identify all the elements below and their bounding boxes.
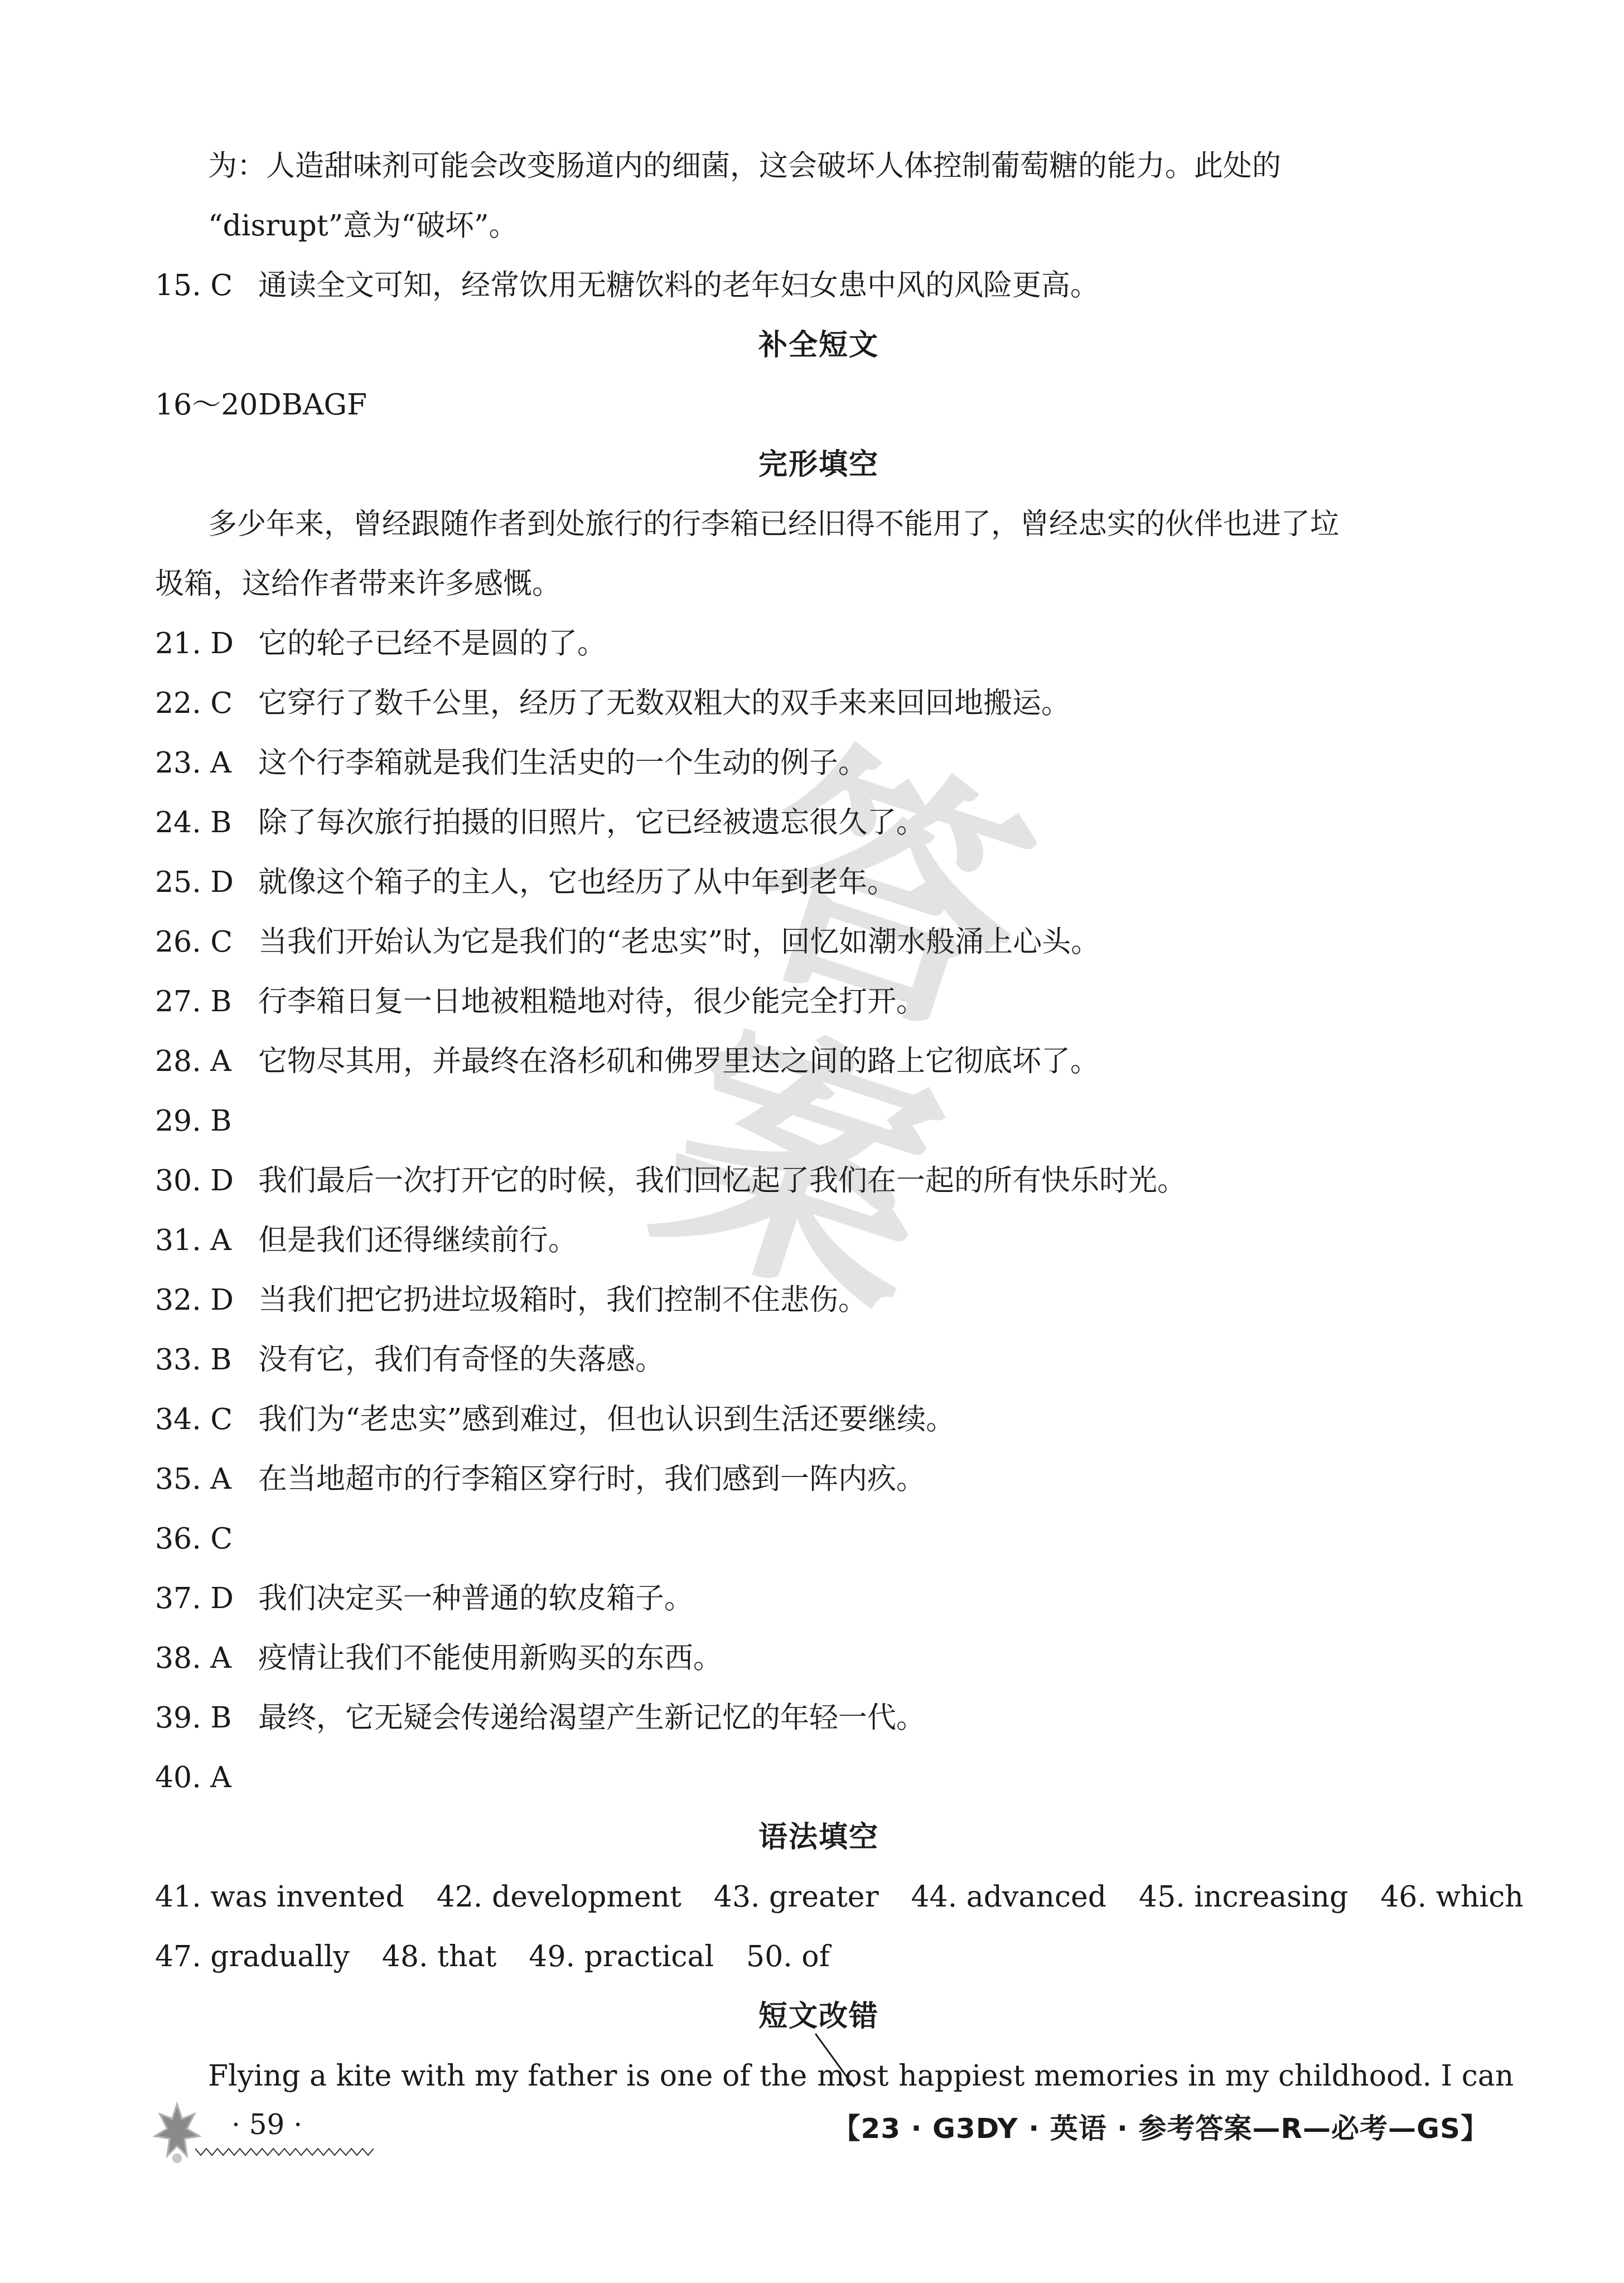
section-title-fill-passage: 补全短文: [155, 316, 1482, 375]
intro-continuation-line-2: “disrupt”意为“破坏”。: [155, 196, 1482, 256]
answer-item-15: 15. C通读全文可知，经常饮用无糖饮料的老年妇女患中风的风险更高。: [155, 256, 1482, 316]
deleted-word-mark: most: [817, 2047, 888, 2106]
answer-item-24: 24. B除了每次旅行拍摄的旧照片，它已经被遗忘很久了。: [155, 793, 1482, 853]
question-number: 28. A: [155, 1032, 258, 1092]
question-number: 31. A: [155, 1211, 258, 1271]
question-number: 30. D: [155, 1151, 258, 1211]
answer-item-22: 22. C它穿行了数千公里，经历了无数双粗大的双手来来回回地搬运。: [155, 674, 1482, 733]
correction-text-before: Flying a kite with my father is one of t…: [208, 2059, 807, 2093]
question-number: 37. D: [155, 1569, 258, 1629]
answer-item-28: 28. A它物尽其用，并最终在洛杉矶和佛罗里达之间的路上它彻底坏了。: [155, 1032, 1482, 1092]
answer-item-25: 25. D就像这个箱子的主人，它也经历了从中年到老年。: [155, 853, 1482, 913]
correction-text-after: happiest memories in my childhood. I can: [898, 2059, 1514, 2093]
grammar-answer: 43. greater: [714, 1880, 879, 1914]
cloze-summary-line-2: 圾箱，这给作者带来许多感慨。: [155, 554, 1482, 614]
answer-explanation: 没有它，我们有奇怪的失落感。: [258, 1343, 664, 1377]
error-correction-line-1: Flying a kite with my father is one of t…: [155, 2047, 1482, 2106]
page-number: · 59 ·: [231, 2108, 302, 2141]
fill-passage-answers: 16～20DBAGF: [155, 375, 1482, 435]
answer-item-27: 27. B行李箱日复一日地被粗糙地对待，很少能完全打开。: [155, 972, 1482, 1032]
page-footer: · 59 · 【23 · G3DY · 英语 · 参考答案—R—必考—GS】: [151, 2102, 1489, 2163]
answer-item-34: 34. C我们为“老忠实”感到难过，但也认识到生活还要继续。: [155, 1390, 1482, 1450]
answer-item-38: 38. A疫情让我们不能使用新购买的东西。: [155, 1629, 1482, 1688]
question-number: 27. B: [155, 972, 258, 1032]
question-number: 26. C: [155, 913, 258, 972]
question-number: 35. A: [155, 1450, 258, 1509]
answer-explanation: 当我们开始认为它是我们的“老忠实”时，回忆如潮水般涌上心头。: [258, 925, 1100, 959]
answer-explanation: 它的轮子已经不是圆的了。: [258, 627, 606, 660]
grammar-answer: 46. which: [1380, 1880, 1523, 1914]
answer-item-40: 40. A: [155, 1748, 1482, 1808]
cloze-answer-list: 21. D它的轮子已经不是圆的了。 22. C它穿行了数千公里，经历了无数双粗大…: [155, 614, 1482, 1808]
grammar-answer: 45. increasing: [1139, 1880, 1348, 1914]
answer-explanation: 除了每次旅行拍摄的旧照片，它已经被遗忘很久了。: [258, 806, 925, 839]
answer-item-21: 21. D它的轮子已经不是圆的了。: [155, 614, 1482, 674]
question-number: 34. C: [155, 1390, 258, 1450]
grammar-answer: 42. development: [437, 1880, 681, 1914]
answer-explanation: 它物尽其用，并最终在洛杉矶和佛罗里达之间的路上它彻底坏了。: [258, 1045, 1099, 1078]
question-number: 29. B: [155, 1092, 258, 1151]
answer-explanation: 但是我们还得继续前行。: [258, 1224, 577, 1257]
grammar-answers-row-1: 41. was invented42. development43. great…: [155, 1867, 1482, 1927]
answer-item-30: 30. D我们最后一次打开它的时候，我们回忆起了我们在一起的所有快乐时光。: [155, 1151, 1482, 1211]
answer-explanation: 就像这个箱子的主人，它也经历了从中年到老年。: [258, 866, 896, 899]
answer-explanation: 我们决定买一种普通的软皮箱子。: [258, 1582, 693, 1615]
answer-item-35: 35. A在当地超市的行李箱区穿行时，我们感到一阵内疚。: [155, 1450, 1482, 1509]
question-number: 38. A: [155, 1629, 258, 1688]
question-number: 32. D: [155, 1271, 258, 1330]
grammar-answers-row-2: 47. gradually48. that49. practical50. of: [155, 1927, 1482, 1987]
answer-explanation: 它穿行了数千公里，经历了无数双粗大的双手来来回回地搬运。: [258, 687, 1070, 720]
answer-item-36: 36. C: [155, 1509, 1482, 1569]
question-number: 36. C: [155, 1509, 258, 1569]
question-number: 40. A: [155, 1748, 258, 1808]
grammar-answer: 44. advanced: [911, 1880, 1107, 1914]
book-code-label: 【23 · G3DY · 英语 · 参考答案—R—必考—GS】: [833, 2106, 1489, 2146]
answer-item-31: 31. A但是我们还得继续前行。: [155, 1211, 1482, 1271]
intro-continuation-line-1: 为：人造甜味剂可能会改变肠道内的细菌，这会破坏人体控制葡萄糖的能力。此处的: [155, 137, 1482, 196]
section-title-grammar: 语法填空: [155, 1808, 1482, 1867]
question-number: 25. D: [155, 853, 258, 913]
answer-explanation: 行李箱日复一日地被粗糙地对待，很少能完全打开。: [258, 985, 925, 1019]
question-number: 24. B: [155, 793, 258, 853]
answer-item-32: 32. D当我们把它扔进垃圾箱时，我们控制不住悲伤。: [155, 1271, 1482, 1330]
answer-item-39: 39. B最终，它无疑会传递给渴望产生新记忆的年轻一代。: [155, 1688, 1482, 1748]
question-number: 39. B: [155, 1688, 258, 1748]
section-title-cloze: 完形填空: [155, 435, 1482, 495]
grammar-answer: 50. of: [746, 1940, 830, 1973]
answer-item-23: 23. A这个行李箱就是我们生活史的一个生动的例子。: [155, 733, 1482, 793]
grammar-answer: 49. practical: [529, 1940, 714, 1973]
answer-item-26: 26. C当我们开始认为它是我们的“老忠实”时，回忆如潮水般涌上心头。: [155, 913, 1482, 972]
grammar-answer: 48. that: [382, 1940, 497, 1973]
answer-key-content: 为：人造甜味剂可能会改变肠道内的细菌，这会破坏人体控制葡萄糖的能力。此处的 “d…: [155, 137, 1482, 2106]
answer-explanation: 我们为“老忠实”感到难过，但也认识到生活还要继续。: [258, 1403, 955, 1436]
answer-explanation: 通读全文可知，经常饮用无糖饮料的老年妇女患中风的风险更高。: [258, 269, 1099, 302]
answer-explanation: 我们最后一次打开它的时候，我们回忆起了我们在一起的所有快乐时光。: [258, 1164, 1186, 1198]
wavy-line-decoration: [195, 2145, 374, 2157]
question-number: 21. D: [155, 614, 258, 674]
question-number: 33. B: [155, 1330, 258, 1390]
cloze-summary-line-1: 多少年来，曾经跟随作者到处旅行的行李箱已经旧得不能用了，曾经忠实的伙伴也进了垃: [155, 495, 1482, 554]
question-range: 16～20: [155, 375, 258, 435]
question-number: 22. C: [155, 674, 258, 733]
answer-letters: DBAGF: [258, 388, 367, 422]
answer-explanation: 这个行李箱就是我们生活史的一个生动的例子。: [258, 746, 867, 780]
grammar-answer: 47. gradually: [155, 1940, 350, 1973]
answer-item-37: 37. D我们决定买一种普通的软皮箱子。: [155, 1569, 1482, 1629]
answer-explanation: 最终，它无疑会传递给渴望产生新记忆的年轻一代。: [258, 1701, 925, 1735]
question-number: 23. A: [155, 733, 258, 793]
question-number: 15. C: [155, 256, 258, 316]
grammar-answer: 41. was invented: [155, 1880, 404, 1914]
answer-item-33: 33. B没有它，我们有奇怪的失落感。: [155, 1330, 1482, 1390]
answer-item-29: 29. B: [155, 1092, 1482, 1151]
answer-explanation: 在当地超市的行李箱区穿行时，我们感到一阵内疚。: [258, 1463, 925, 1496]
answer-explanation: 当我们把它扔进垃圾箱时，我们控制不住悲伤。: [258, 1283, 867, 1317]
answer-explanation: 疫情让我们不能使用新购买的东西。: [258, 1642, 722, 1675]
